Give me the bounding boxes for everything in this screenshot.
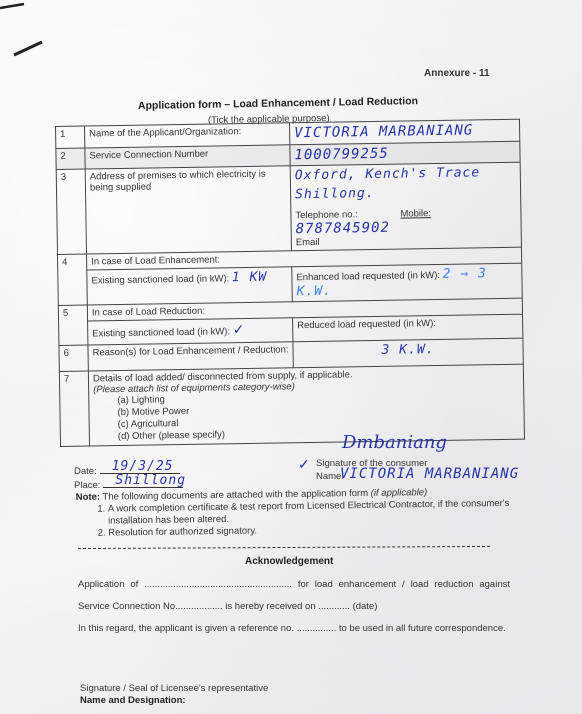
acknowledgement-text: Application of .........................… (78, 574, 510, 640)
cut-line-divider (78, 546, 490, 549)
reduction-requested-label: Reduced load requested (in kW): (297, 318, 436, 331)
reason-field[interactable]: 3 K.W. (293, 338, 523, 368)
form-row-load-details: 7 Details of load added/ disconnected fr… (59, 364, 524, 446)
place-field[interactable]: Shillong (103, 487, 183, 488)
reduction-requested-field[interactable]: Reduced load requested (in kW): (293, 314, 523, 342)
pen-mark-decoration (0, 0, 60, 60)
row-number: 1 (56, 126, 85, 148)
acknowledgement-para-1: Application of .........................… (78, 574, 510, 618)
acknowledgement-para-2: In this regard, the applicant is given a… (78, 618, 510, 640)
place-label: Place: (74, 480, 100, 491)
mobile-value[interactable]: 8787845902 (296, 220, 391, 237)
note-block: Note: The following documents are attach… (76, 486, 537, 540)
address-label: Address of premises to which electricity… (85, 166, 291, 254)
name-designation-label: Name and Designation: (80, 695, 186, 706)
connection-number-value: 1000799255 (294, 146, 389, 163)
reason-label: Reason(s) for Load Enhancement / Reducti… (88, 342, 293, 371)
mobile-label: Mobile: (400, 208, 431, 219)
row-number: 5 (58, 305, 88, 345)
date-place-block: Date:19/3/25 Place:Shillong (74, 465, 183, 493)
address-line-2: Shillong. (295, 184, 516, 202)
date-value: 19/3/25 (112, 460, 174, 474)
consumer-signature: Dmbaniang (342, 432, 447, 453)
reduction-existing-field[interactable]: Existing sanctioned load (in kW): ✓ (88, 318, 293, 345)
date-label: Date: (74, 466, 97, 477)
application-form-table: 1 Name of the Applicant/Organization: VI… (55, 119, 525, 447)
row-number: 3 (56, 169, 86, 254)
licensee-rep-block: Signature / Seal of Licensee's represent… (80, 683, 268, 707)
row-number: 4 (58, 254, 88, 305)
form-row-address: 3 Address of premises to which electrici… (56, 162, 521, 254)
load-details-field[interactable]: Details of load added/ disconnected from… (88, 364, 524, 446)
enhancement-existing-value: 1 KW (232, 270, 268, 286)
enhancement-existing-label: Existing sanctioned load (in kW): (91, 273, 229, 286)
row-number: 7 (59, 371, 89, 446)
reason-value: 3 K.W. (381, 342, 434, 358)
acknowledgement-title: Acknowledgement (245, 556, 333, 567)
enhancement-existing-field[interactable]: Existing sanctioned load (in kW): 1 KW (87, 267, 293, 305)
place-value: Shillong (115, 474, 186, 488)
note-label: Note: (76, 492, 100, 503)
consumer-name-value[interactable]: VICTORIA MARBANIANG (340, 466, 519, 482)
checkmark-icon: ✓ (233, 321, 245, 337)
annexure-label: Annexure - 11 (424, 68, 490, 79)
row-number: 6 (59, 345, 88, 371)
note-text-italic: (if applicable) (371, 487, 428, 499)
form-title: Application form – Load Enhancement / Lo… (138, 95, 418, 112)
address-field[interactable]: Oxford, Kench's Trace Shillong. Telephon… (290, 162, 521, 251)
applicant-name-value: VICTORIA MARBANIANG (294, 122, 473, 141)
row-number: 2 (56, 148, 85, 169)
licensee-signature-label: Signature / Seal of Licensee's represent… (80, 683, 268, 695)
enhancement-requested-label: Enhanced load requested (in kW): (296, 270, 440, 283)
address-line-1: Oxford, Kench's Trace (295, 165, 516, 183)
checkmark-icon: ✓ (298, 456, 310, 473)
reduction-existing-label: Existing sanctioned load (in kW): (92, 326, 230, 339)
applicant-name-label: Name of the Applicant/Organization: (85, 123, 290, 148)
enhancement-requested-field[interactable]: Enhanced load requested (in kW): 2 → 3 K… (292, 263, 523, 302)
